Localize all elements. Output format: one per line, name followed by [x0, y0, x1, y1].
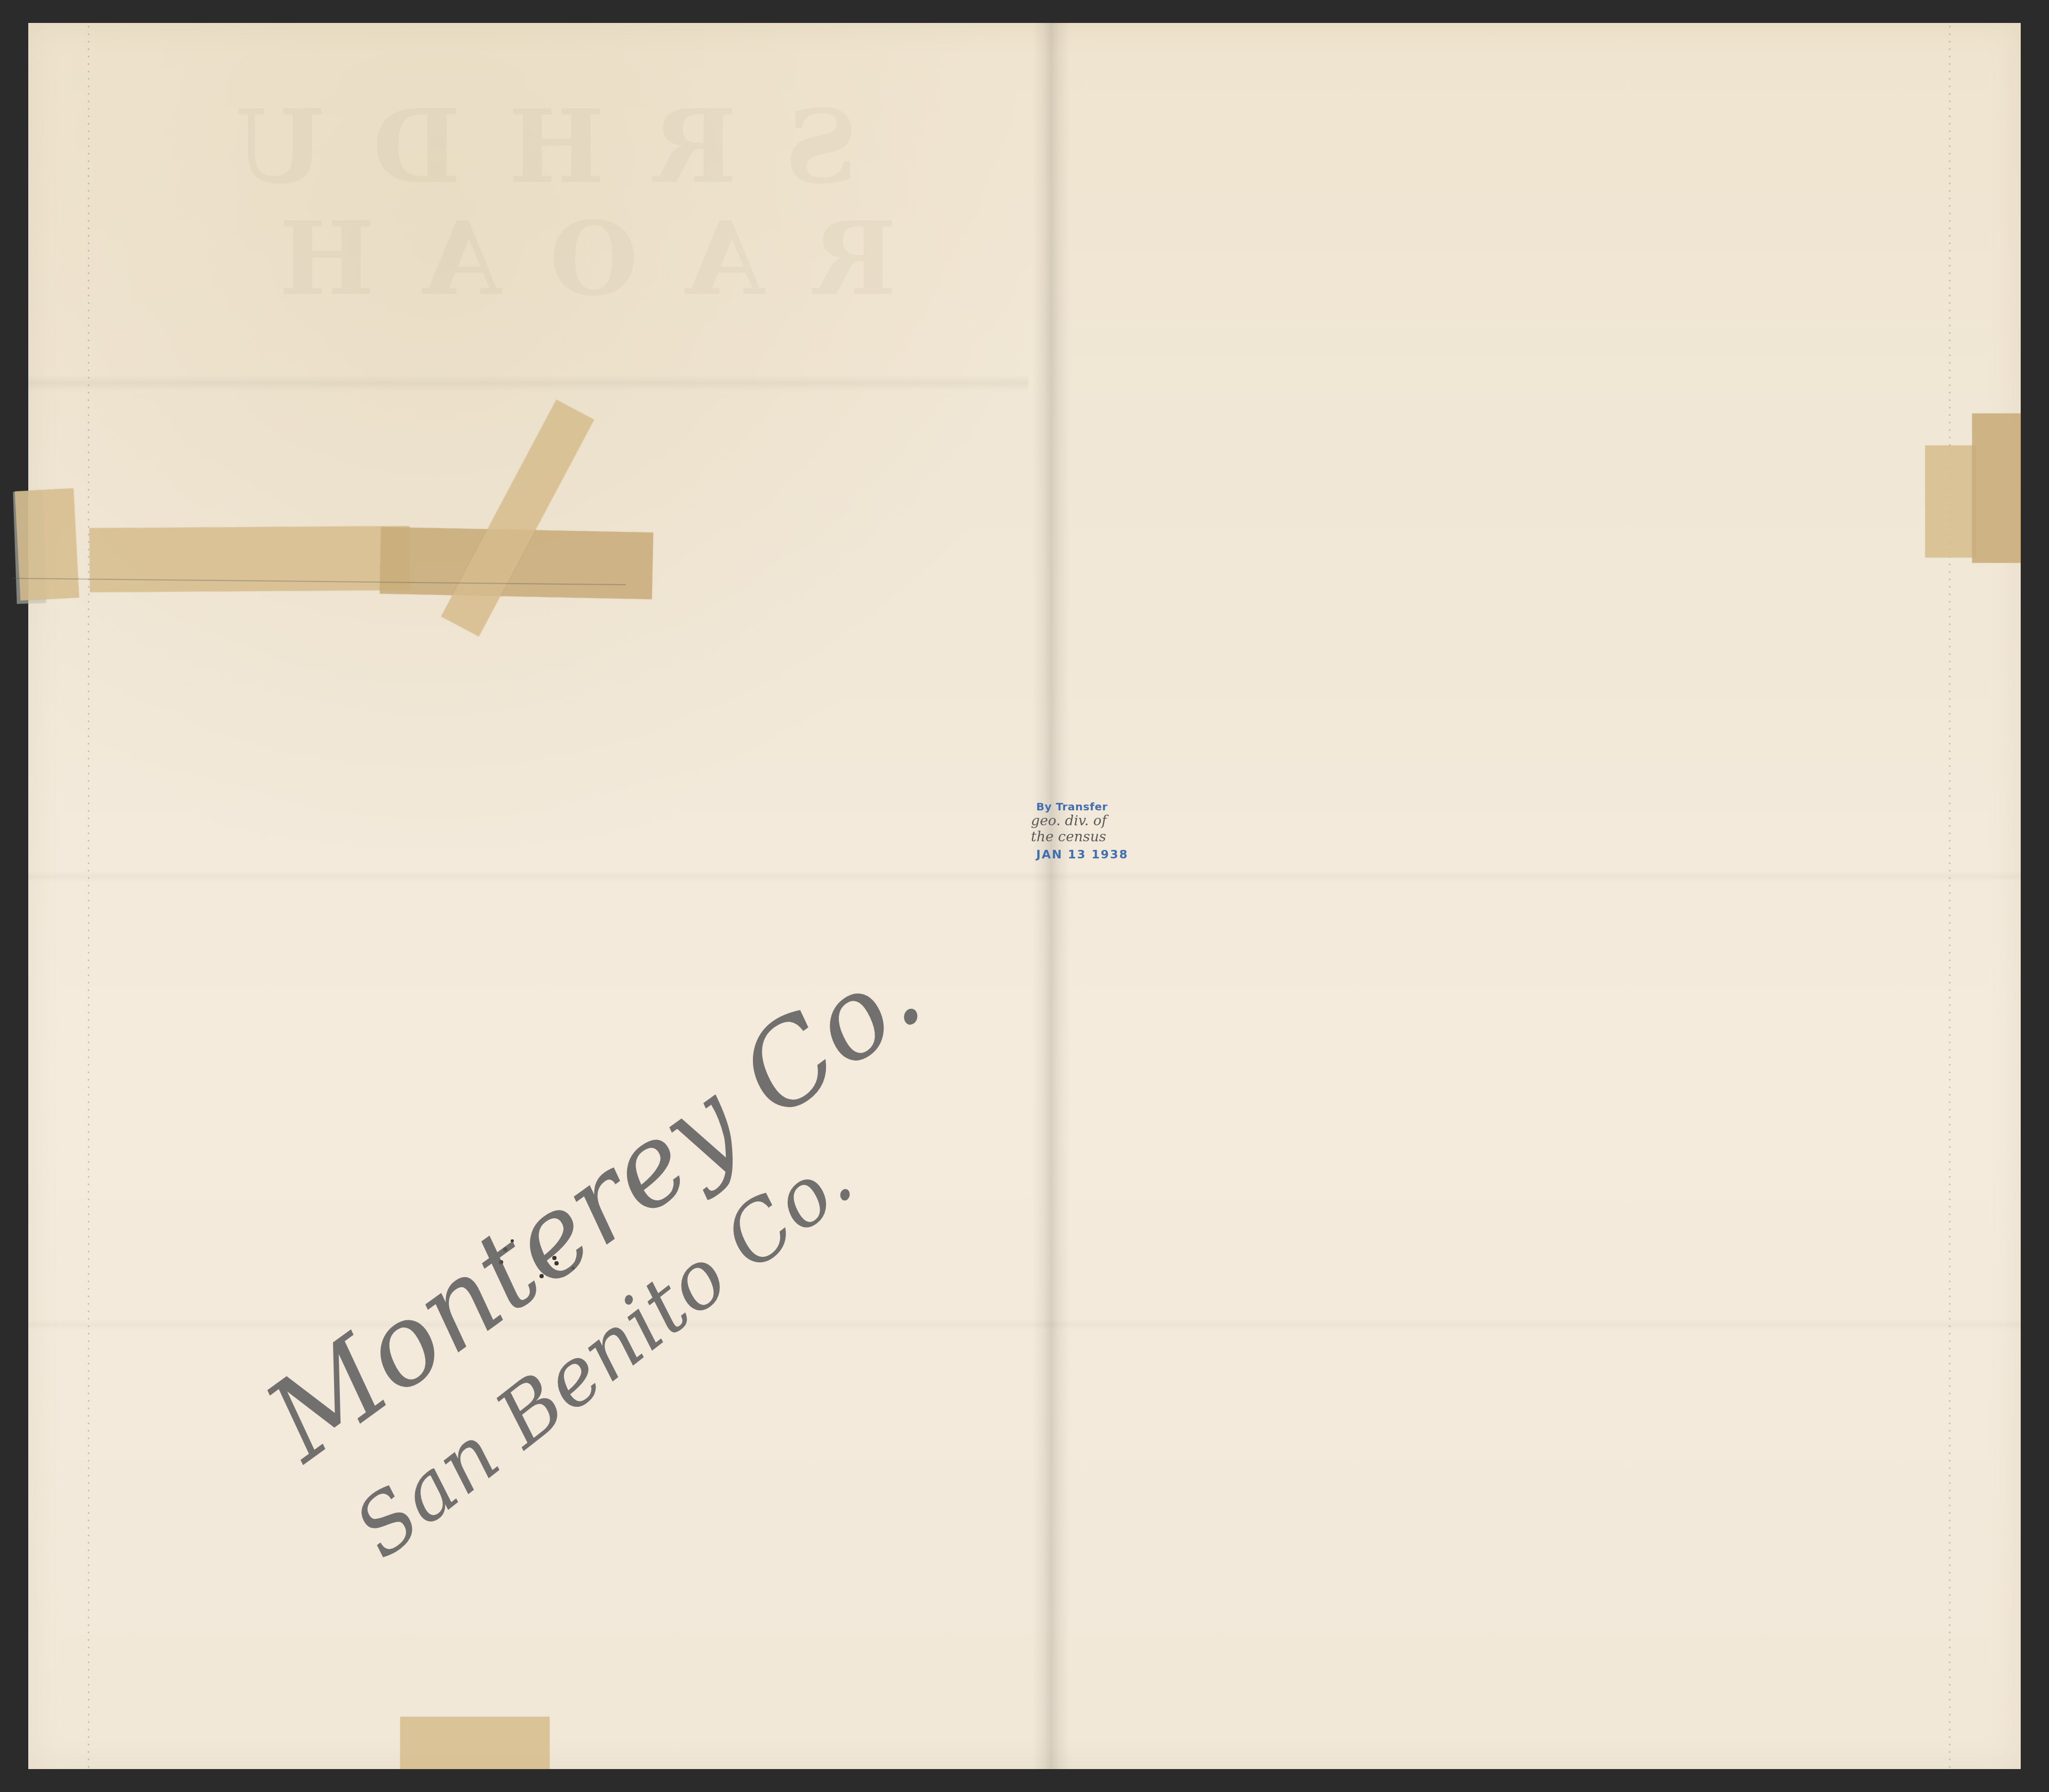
stamp-date: JAN 13 1938 [1036, 848, 1175, 862]
tape-bottom [400, 1717, 550, 1769]
map-sheet-verso: SRHDU RAOAH [28, 23, 2021, 1769]
horizontal-fold-crease [28, 871, 2021, 882]
tape-right-front [1925, 445, 1976, 557]
stamp-by-transfer: By Transfer [1036, 800, 1175, 813]
border-show-through [87, 23, 90, 1769]
vertical-fold-crease [1033, 23, 1070, 1769]
show-through-title: RAOAH [231, 199, 897, 318]
tape-left-vertical [15, 488, 80, 600]
show-through-title: SRHDU [188, 87, 858, 206]
stamp-handwritten-line1: geo. div. of [1031, 813, 1175, 829]
stamp-handwritten-line2: the census [1031, 829, 1175, 845]
transfer-stamp: By Transfer geo. div. of the census JAN … [1036, 800, 1175, 862]
tape-right-back [1972, 413, 2021, 563]
horizontal-fold-crease [28, 375, 1028, 391]
border-show-through [1948, 23, 1951, 1769]
